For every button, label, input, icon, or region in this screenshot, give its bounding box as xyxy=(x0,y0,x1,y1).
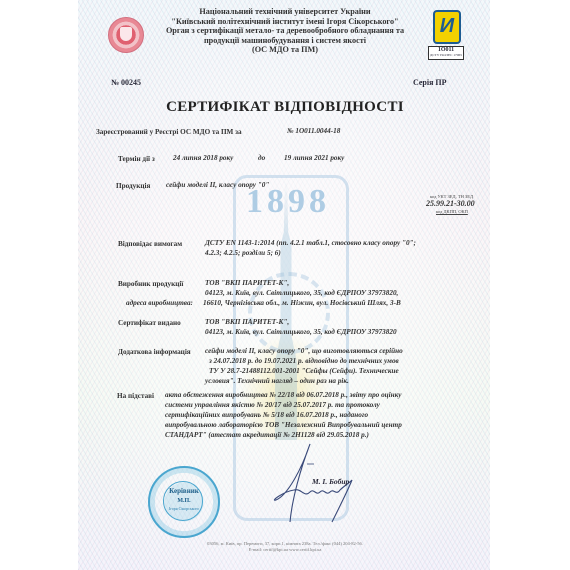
certificate-series: Серія ПР xyxy=(413,78,447,87)
additional-info: сейфи моделі II, класу опору "0", що виг… xyxy=(205,346,485,386)
product-code: 25.99.21-30.00 xyxy=(426,199,475,209)
validity-label: Термін дії з xyxy=(118,155,155,163)
additional-info-line: ТУ У 28.7-21488112.001-2001 "Сейфы (Сейф… xyxy=(205,366,485,376)
requirements-line: ДСТУ EN 1143-1:2014 (пп. 4.2.1 табл.1, с… xyxy=(205,238,416,248)
basis-line: системи управління якістю № 20/17 від 25… xyxy=(165,400,465,410)
certificate-number: № 00245 xyxy=(111,78,141,87)
stamp-title: Керівник xyxy=(150,487,218,495)
issued-to-name: ТОВ "ВКП ПАРИТЕТ-К", xyxy=(205,317,289,327)
stamp-initials: М.П. xyxy=(150,498,218,504)
manufacturer-label: Виробник продукції xyxy=(118,280,183,288)
registration-sub: ДСТУ ISO/IEC 17065 xyxy=(429,53,463,58)
stamp-ring-text: Ігоря Сікорського xyxy=(150,506,218,511)
issued-to-address: 04123, м. Київ, вул. Світлицького, 35, к… xyxy=(205,327,397,337)
header-line: Національний технічний університет Украї… xyxy=(150,7,420,17)
header-line: Орган з сертифікації метало- та деревооб… xyxy=(150,26,420,36)
issuer-header: Національний технічний університет Украї… xyxy=(150,7,420,55)
validity-to: 19 липня 2021 року xyxy=(284,153,344,163)
header-line: (ОС МДО та ПМ) xyxy=(150,45,420,55)
header-line: "Київський політехнічний інститут імені … xyxy=(150,17,420,27)
product-label: Продукція xyxy=(116,182,150,190)
requirements-label: Відповідає вимогам xyxy=(118,240,182,248)
product-value: сейфи моделі II, класу опору "0" xyxy=(166,180,269,190)
additional-info-label: Додаткова інформація xyxy=(118,348,191,356)
basis-line: акта обстеження виробництва № 22/18 від … xyxy=(165,390,465,400)
manufacturer-name: ТОВ "ВКП ПАРИТЕТ-К", xyxy=(205,278,289,288)
issued-to-label: Сертифікат видано xyxy=(118,319,181,327)
signatory-name: М. І. Бобир xyxy=(312,477,349,486)
basis-line: випробувальною лабораторією ТОВ "Незалеж… xyxy=(165,420,465,430)
registered-label: Зареєстрований у Реєстрі ОС МДО та ПМ за xyxy=(96,128,242,136)
manufacturer-address: 04123, м. Київ, вул. Світлицького, 35, к… xyxy=(205,288,398,298)
production-address: 16610, Чернігівська обл., м. Ніжин, вул.… xyxy=(203,298,401,308)
additional-info-line: сейфи моделі II, класу опору "0", що виг… xyxy=(205,346,485,356)
header-line: продукції машинобудування і систем якост… xyxy=(150,36,420,46)
basis-text: акта обстеження виробництва № 22/18 від … xyxy=(165,390,465,440)
certificate-title: СЕРТИФІКАТ ВІДПОВІДНОСТІ xyxy=(90,99,480,116)
university-emblem-icon xyxy=(108,17,144,53)
additional-info-line: условия". Технічний нагляд – один раз на… xyxy=(205,376,485,386)
issuer-contact-footer: 03056, м. Київ, пр. Перемоги, 37, корп.1… xyxy=(150,541,420,553)
additional-info-line: з 24.07.2018 р. до 19.07.2021 р. відпові… xyxy=(205,356,485,366)
basis-line: сертифікаційних випробувань № 5/18 від 1… xyxy=(165,410,465,420)
product-code-label-bottom: код ДКПП, ОКП xyxy=(436,209,468,214)
footer-contacts: E-mail: certif@kpi.ua www.certif.kpi.ua xyxy=(150,547,420,553)
registered-value: № 1O011.0044-18 xyxy=(287,126,340,136)
basis-label: На підставі xyxy=(117,392,154,400)
validity-to-label: до xyxy=(258,153,265,163)
official-stamp: Керівник М.П. Ігоря Сікорського xyxy=(148,466,220,538)
production-address-label: адреса виробництва: xyxy=(126,298,193,308)
accreditation-logo-icon: И xyxy=(433,10,461,44)
logo-mark: И xyxy=(435,15,459,38)
requirements-line: 4.2.3; 4.2.5; розділи 5; 6) xyxy=(205,248,281,258)
validity-from: 24 липня 2018 року xyxy=(173,153,233,163)
basis-line: СТАНДАРТ" (атестат акредитації № 2Н1128 … xyxy=(165,430,465,440)
registration-box: 1O011 ДСТУ ISO/IEC 17065 xyxy=(428,46,464,60)
